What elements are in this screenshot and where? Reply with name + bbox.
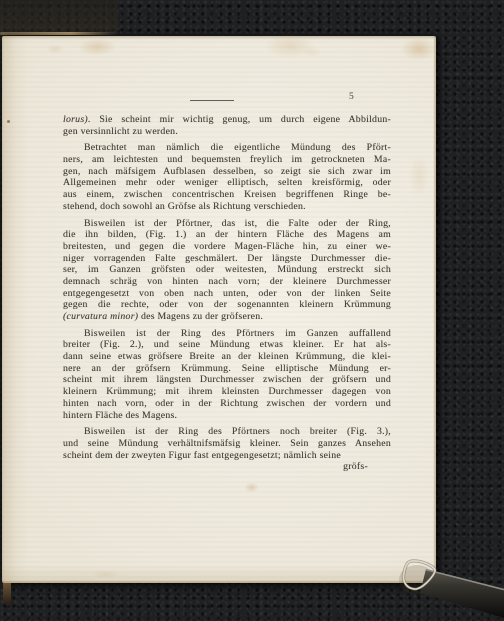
- catchword: gröfs-: [63, 461, 391, 473]
- text-block: lorus). Sie scheint mir wichtig genug, u…: [63, 114, 391, 473]
- paragraph: Bisweilen ist der Pförtner, das ist, die…: [63, 218, 391, 323]
- book-page: 5 lorus). Sie scheint mir wichtig genug,…: [2, 36, 436, 583]
- text-line: demnach schräg von hinten nach vorn; der…: [63, 276, 391, 288]
- page-number: 5: [349, 92, 363, 102]
- text-line: nere an der gröfsern Krümmung. Seine ell…: [63, 363, 391, 375]
- italic-word: lorus): [63, 114, 88, 125]
- text-line: scheint dem der zweyten Figur fast entge…: [63, 450, 391, 462]
- paragraph: Bisweilen ist der Ring des Pförtners noc…: [63, 426, 391, 473]
- text-line: Betrachtet man nämlich die eigentliche M…: [63, 142, 391, 154]
- text-line: aus einem, zwischen concentrischen Kreis…: [63, 189, 391, 201]
- text-line: niger vorragenden Falte geschmälert. Der…: [63, 253, 391, 265]
- text-line: dann seine etwas gröfsere Breite an der …: [63, 351, 391, 363]
- paragraph: Bisweilen ist der Ring des Pförtners im …: [63, 328, 391, 422]
- text-line: breitesten, und gegen die vordere Magen-…: [63, 241, 391, 253]
- text-line: gen, nach mäfsigem Aufblasen desselben, …: [63, 166, 391, 178]
- foxing-stain: [400, 37, 438, 61]
- text-line: ners, am leichtesten und bequemsten frey…: [63, 154, 391, 166]
- paragraph: lorus). Sie scheint mir wichtig genug, u…: [63, 114, 391, 137]
- foxing-stain: [244, 482, 259, 493]
- text-run: . Sie scheint mir wichtig genug, um durc…: [88, 114, 391, 125]
- text-line: gegen die rechte, oder von der sogenannt…: [63, 299, 391, 311]
- book-cover-edge: [0, 0, 118, 33]
- text-line: und seine Mündung verhältnifsmäfsig klei…: [63, 438, 391, 450]
- foxing-stain: [408, 154, 430, 198]
- foxing-stain: [77, 38, 117, 56]
- text-run: des Magens zu der gröfseren.: [138, 311, 263, 322]
- book-photo-scene: 5 lorus). Sie scheint mir wichtig genug,…: [0, 0, 504, 621]
- text-line: Bisweilen ist der Pförtner, das ist, die…: [63, 218, 391, 230]
- text-line: breiter (Fig. 2.), und seine Mündung etw…: [63, 339, 391, 351]
- cover-edge-strip: [3, 583, 11, 604]
- foxing-stain: [90, 570, 122, 579]
- header-rule: [190, 100, 234, 101]
- text-line: scheint mit ihrem längsten Durchmesser z…: [63, 374, 391, 386]
- text-line: die ihn bilden, (Fig. 1.) an der hintern…: [63, 229, 391, 241]
- text-line: hinten nach vorn, oder in der Richtung z…: [63, 398, 391, 410]
- foxing-stain: [46, 44, 64, 54]
- text-line: Allgemeinen mehr oder weniger elliptisch…: [63, 177, 391, 189]
- text-line: Bisweilen ist der Ring des Pförtners noc…: [63, 426, 391, 438]
- text-line: stehend, doch sowohl an Gröfse als Richt…: [63, 201, 391, 213]
- text-line: Bisweilen ist der Ring des Pförtners im …: [63, 328, 391, 340]
- foxing-stain: [302, 46, 322, 58]
- text-line: gen versinnlicht zu werden.: [63, 126, 391, 138]
- text-line: hintern Fläche des Magens.: [63, 410, 391, 422]
- italic-phrase: (curvatura minor): [63, 311, 138, 322]
- text-line: ser, im Ganzen gröfsten oder weitesten, …: [63, 264, 391, 276]
- paragraph: Betrachtet man nämlich die eigentliche M…: [63, 142, 391, 212]
- text-line: entgegengesetzt von oben nach unten, ode…: [63, 288, 391, 300]
- page-holder-clip: [380, 540, 504, 621]
- text-line: (curvatura minor) des Magens zu der gröf…: [63, 311, 391, 323]
- ink-speck: [7, 120, 10, 123]
- text-line: lorus). Sie scheint mir wichtig genug, u…: [63, 114, 391, 126]
- text-line: kleinern Krümmung; mit ihrem kleinsten D…: [63, 386, 391, 398]
